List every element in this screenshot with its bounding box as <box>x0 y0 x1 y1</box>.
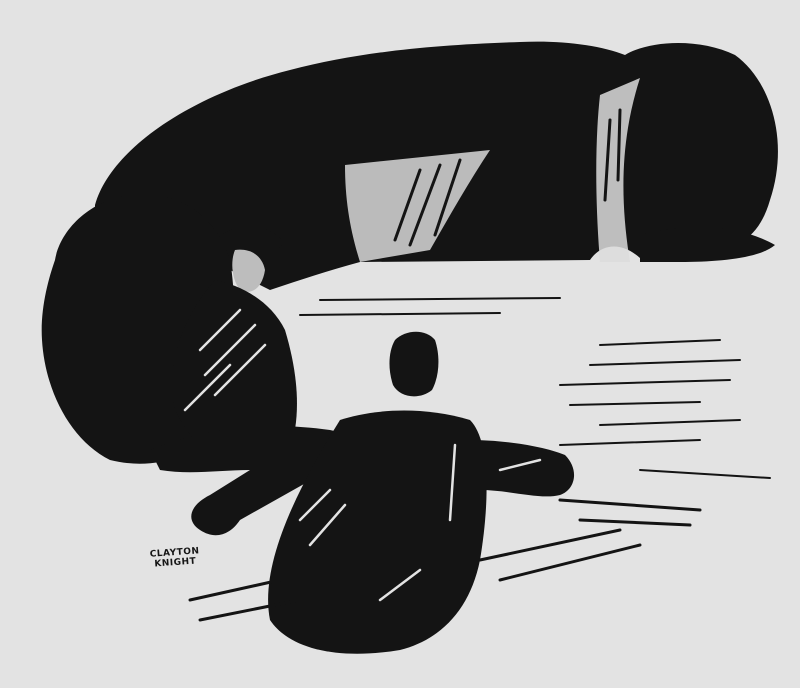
right-rock <box>640 227 775 262</box>
figure-foreground <box>268 332 574 654</box>
illustration <box>0 0 800 688</box>
